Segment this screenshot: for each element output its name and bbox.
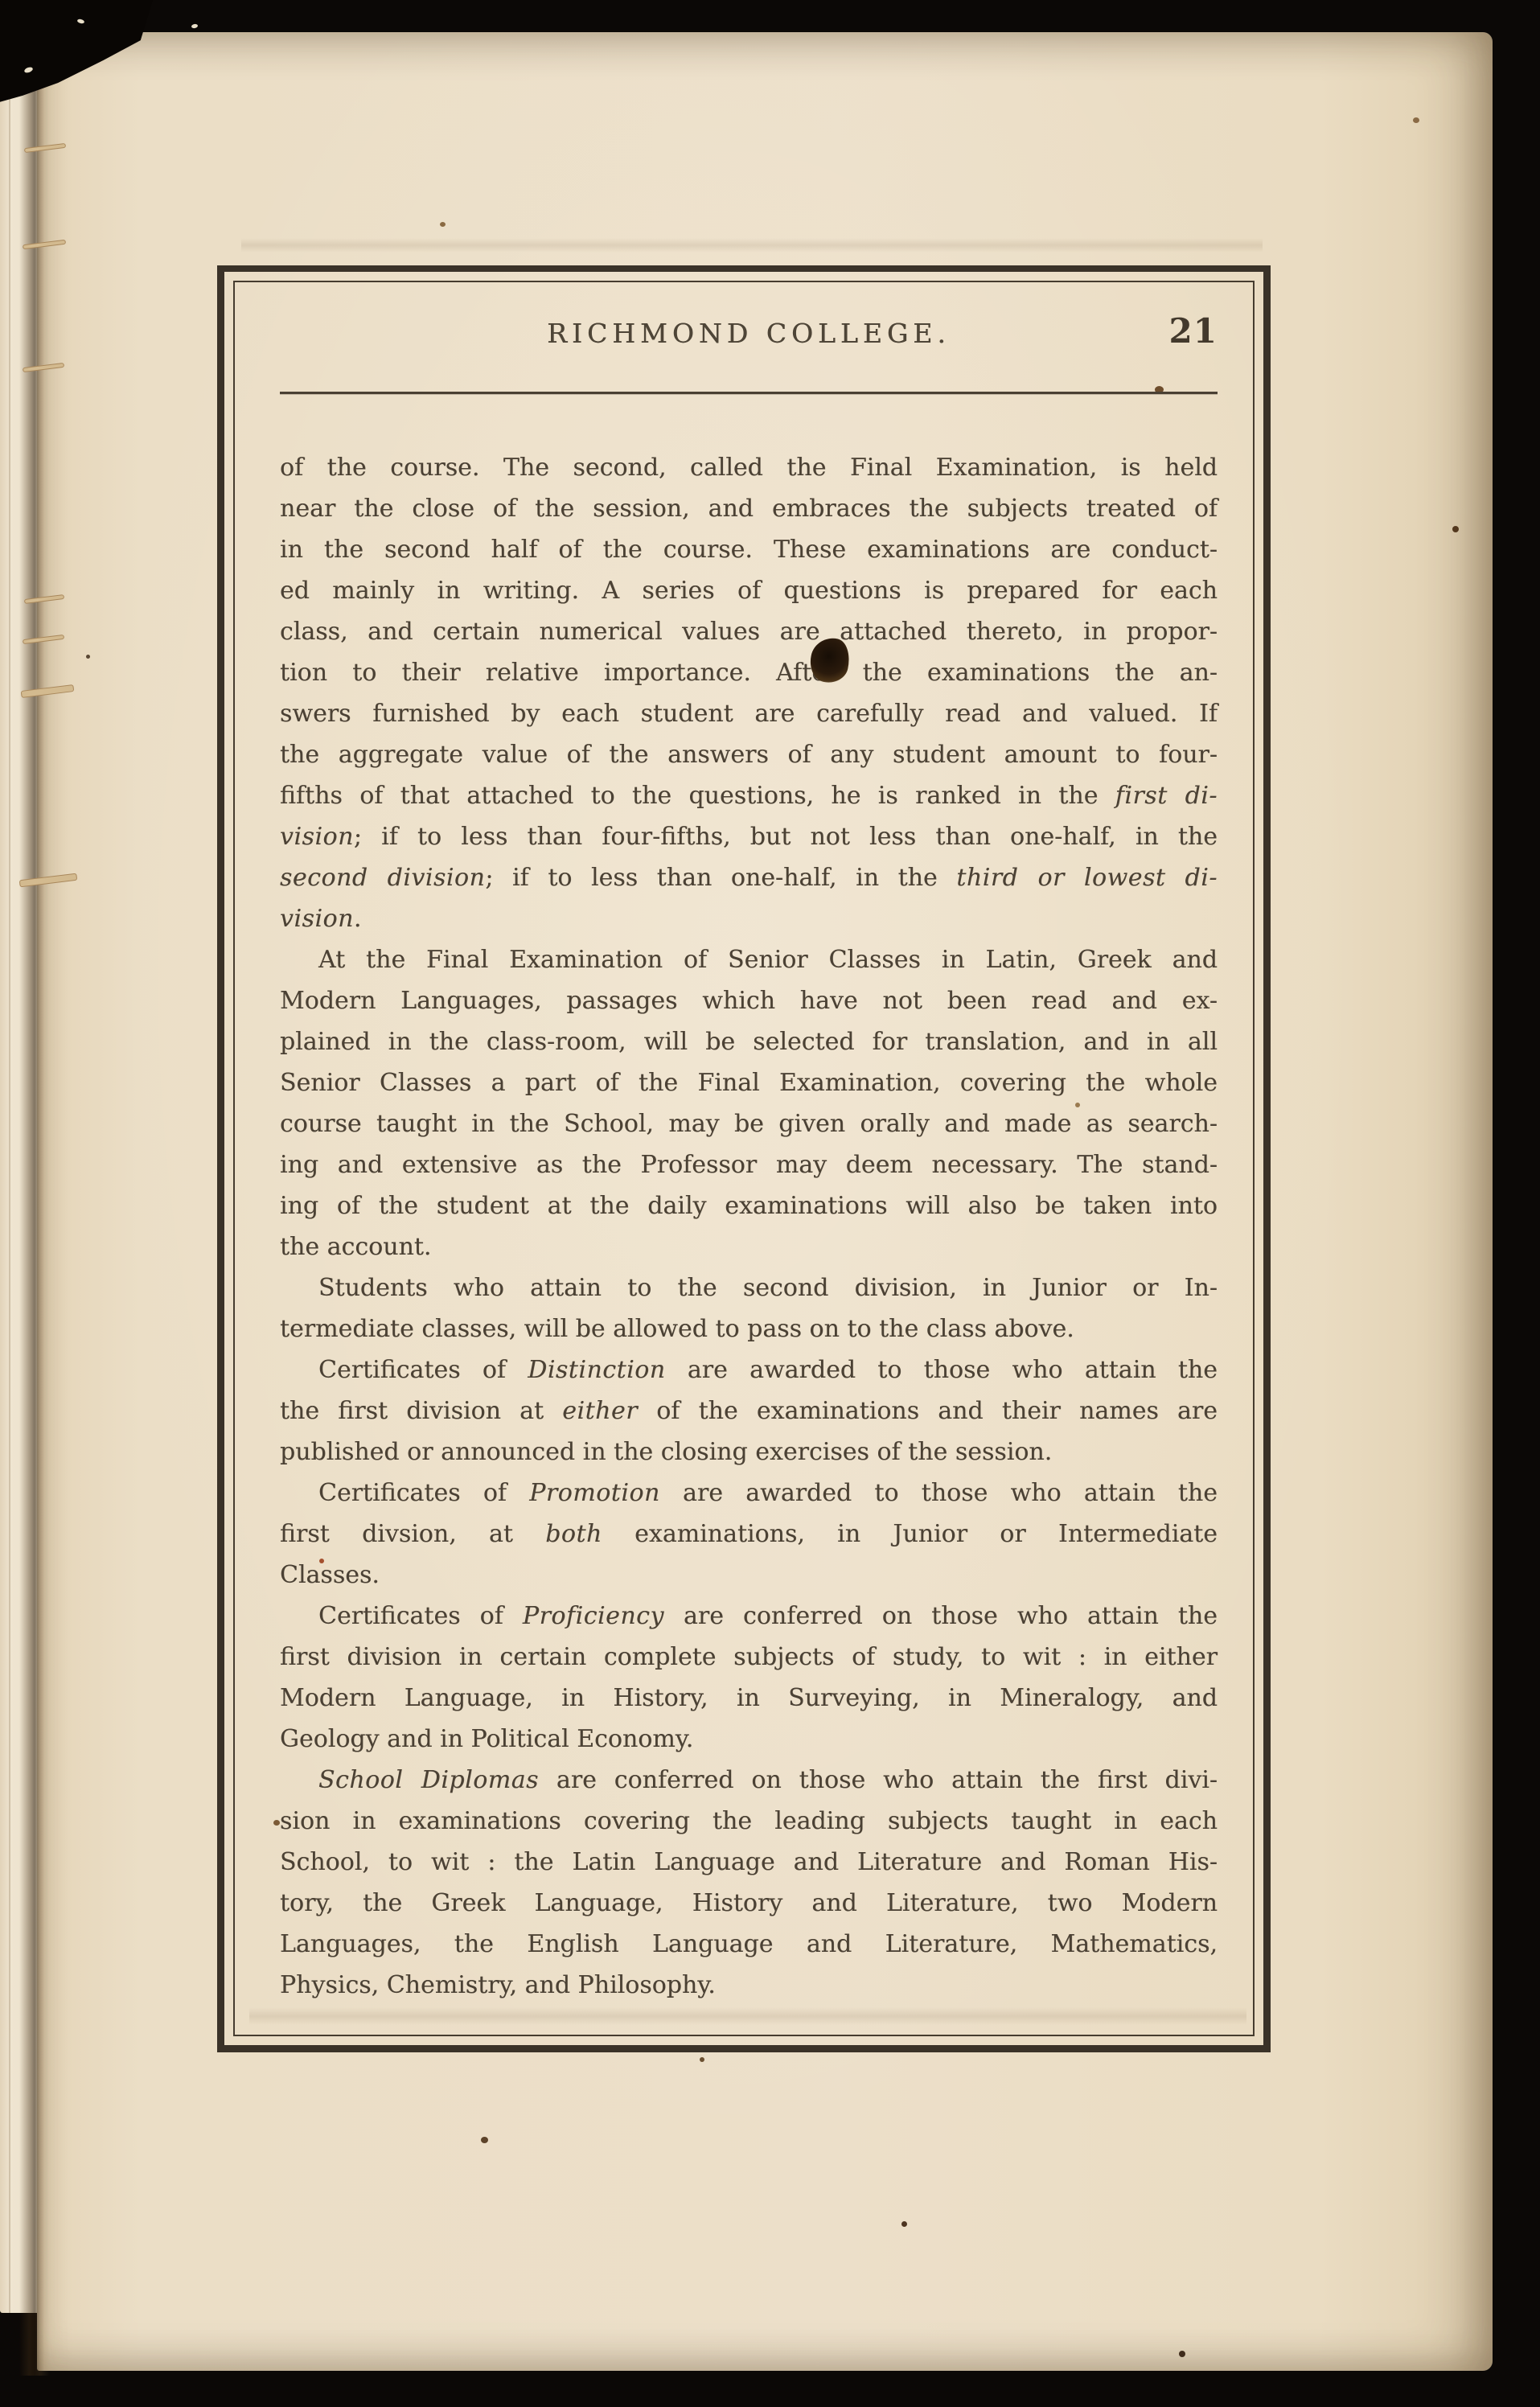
scan-background: { "document": { "header": { "title": "RI…: [0, 0, 1540, 2407]
text-line: the aggregate value of the answers of an…: [280, 734, 1218, 775]
text-line: tory, the Greek Language, History and Li…: [280, 1883, 1218, 1924]
text-line: termediate classes, will be allowed to p…: [280, 1308, 1218, 1349]
text-line: the first division at either of the exam…: [280, 1390, 1218, 1431]
text-line: fifths of that attached to the questions…: [280, 775, 1218, 816]
foxing-spot: [700, 2057, 704, 2062]
text-line: Students who attain to the second divisi…: [280, 1267, 1218, 1308]
text-line: the account.: [280, 1226, 1218, 1267]
page-frame-inner: RICHMOND COLLEGE. 21 of the course. The …: [233, 281, 1255, 2036]
text-line: of the course. The second, called the Fi…: [280, 447, 1218, 488]
text-line: School Diplomas are conferred on those w…: [280, 1760, 1218, 1801]
text-line: swers furnished by each student are care…: [280, 693, 1218, 734]
text-line: Languages, the English Language and Lite…: [280, 1924, 1218, 1965]
text-line: first divsion, at both examinations, in …: [280, 1514, 1218, 1555]
page-frame-outer: RICHMOND COLLEGE. 21 of the course. The …: [217, 265, 1271, 2052]
foxing-spot: [1413, 117, 1419, 123]
text-line: School, to wit : the Latin Language and …: [280, 1842, 1218, 1883]
text-line: vision.: [280, 898, 1218, 939]
text-line: Classes.: [280, 1555, 1218, 1596]
text-line: course taught in the School, may be give…: [280, 1103, 1218, 1144]
body-text: of the course. The second, called the Fi…: [280, 447, 1218, 2006]
text-line: Senior Classes a part of the Final Exami…: [280, 1062, 1218, 1103]
text-line: tion to their relative importance. After…: [280, 652, 1218, 693]
text-line: vision; if to less than four-fifths, but…: [280, 816, 1218, 857]
page-title: RICHMOND COLLEGE.: [280, 318, 1218, 349]
text-line: sion in examinations covering the leadin…: [280, 1801, 1218, 1842]
smudge-band: [241, 238, 1263, 253]
text-line: Geology and in Political Economy.: [280, 1719, 1218, 1760]
page-content: RICHMOND COLLEGE. 21 of the course. The …: [235, 282, 1253, 2035]
text-line: Physics, Chemistry, and Philosophy.: [280, 1965, 1218, 2006]
text-line: Modern Language, in History, in Surveyin…: [280, 1678, 1218, 1719]
foxing-spot: [901, 2221, 907, 2227]
text-line: Modern Languages, passages which have no…: [280, 980, 1218, 1021]
text-line: ing of the student at the daily examinat…: [280, 1185, 1218, 1226]
text-line: class, and certain numerical values are …: [280, 611, 1218, 652]
text-line: Certificates of Promotion are awarded to…: [280, 1473, 1218, 1514]
foxing-spot: [86, 655, 90, 659]
foxing-spot: [1179, 2351, 1185, 2357]
spine-groove: [19, 47, 50, 2376]
foxing-spot: [481, 2137, 488, 2143]
text-line: ing and extensive as the Professor may d…: [280, 1144, 1218, 1185]
text-line: published or announced in the closing ex…: [280, 1431, 1218, 1473]
foxing-spot: [1452, 526, 1459, 532]
text-line: in the second half of the course. These …: [280, 529, 1218, 570]
text-line: Certificates of Distinction are awarded …: [280, 1349, 1218, 1390]
text-line: ed mainly in writing. A series of questi…: [280, 570, 1218, 611]
text-line: second division; if to less than one-hal…: [280, 857, 1218, 898]
header-rule: [280, 392, 1218, 394]
page-number: 21: [1169, 311, 1218, 351]
text-line: plained in the class-room, will be selec…: [280, 1021, 1218, 1062]
page-header: RICHMOND COLLEGE. 21: [280, 318, 1218, 356]
text-line: At the Final Examination of Senior Class…: [280, 939, 1218, 980]
paper-crumb: [191, 23, 199, 28]
text-line: near the close of the session, and embra…: [280, 488, 1218, 529]
foxing-spot: [440, 222, 446, 227]
text-line: Certificates of Proficiency are conferre…: [280, 1596, 1218, 1637]
text-line: first division in certain complete subje…: [280, 1637, 1218, 1678]
